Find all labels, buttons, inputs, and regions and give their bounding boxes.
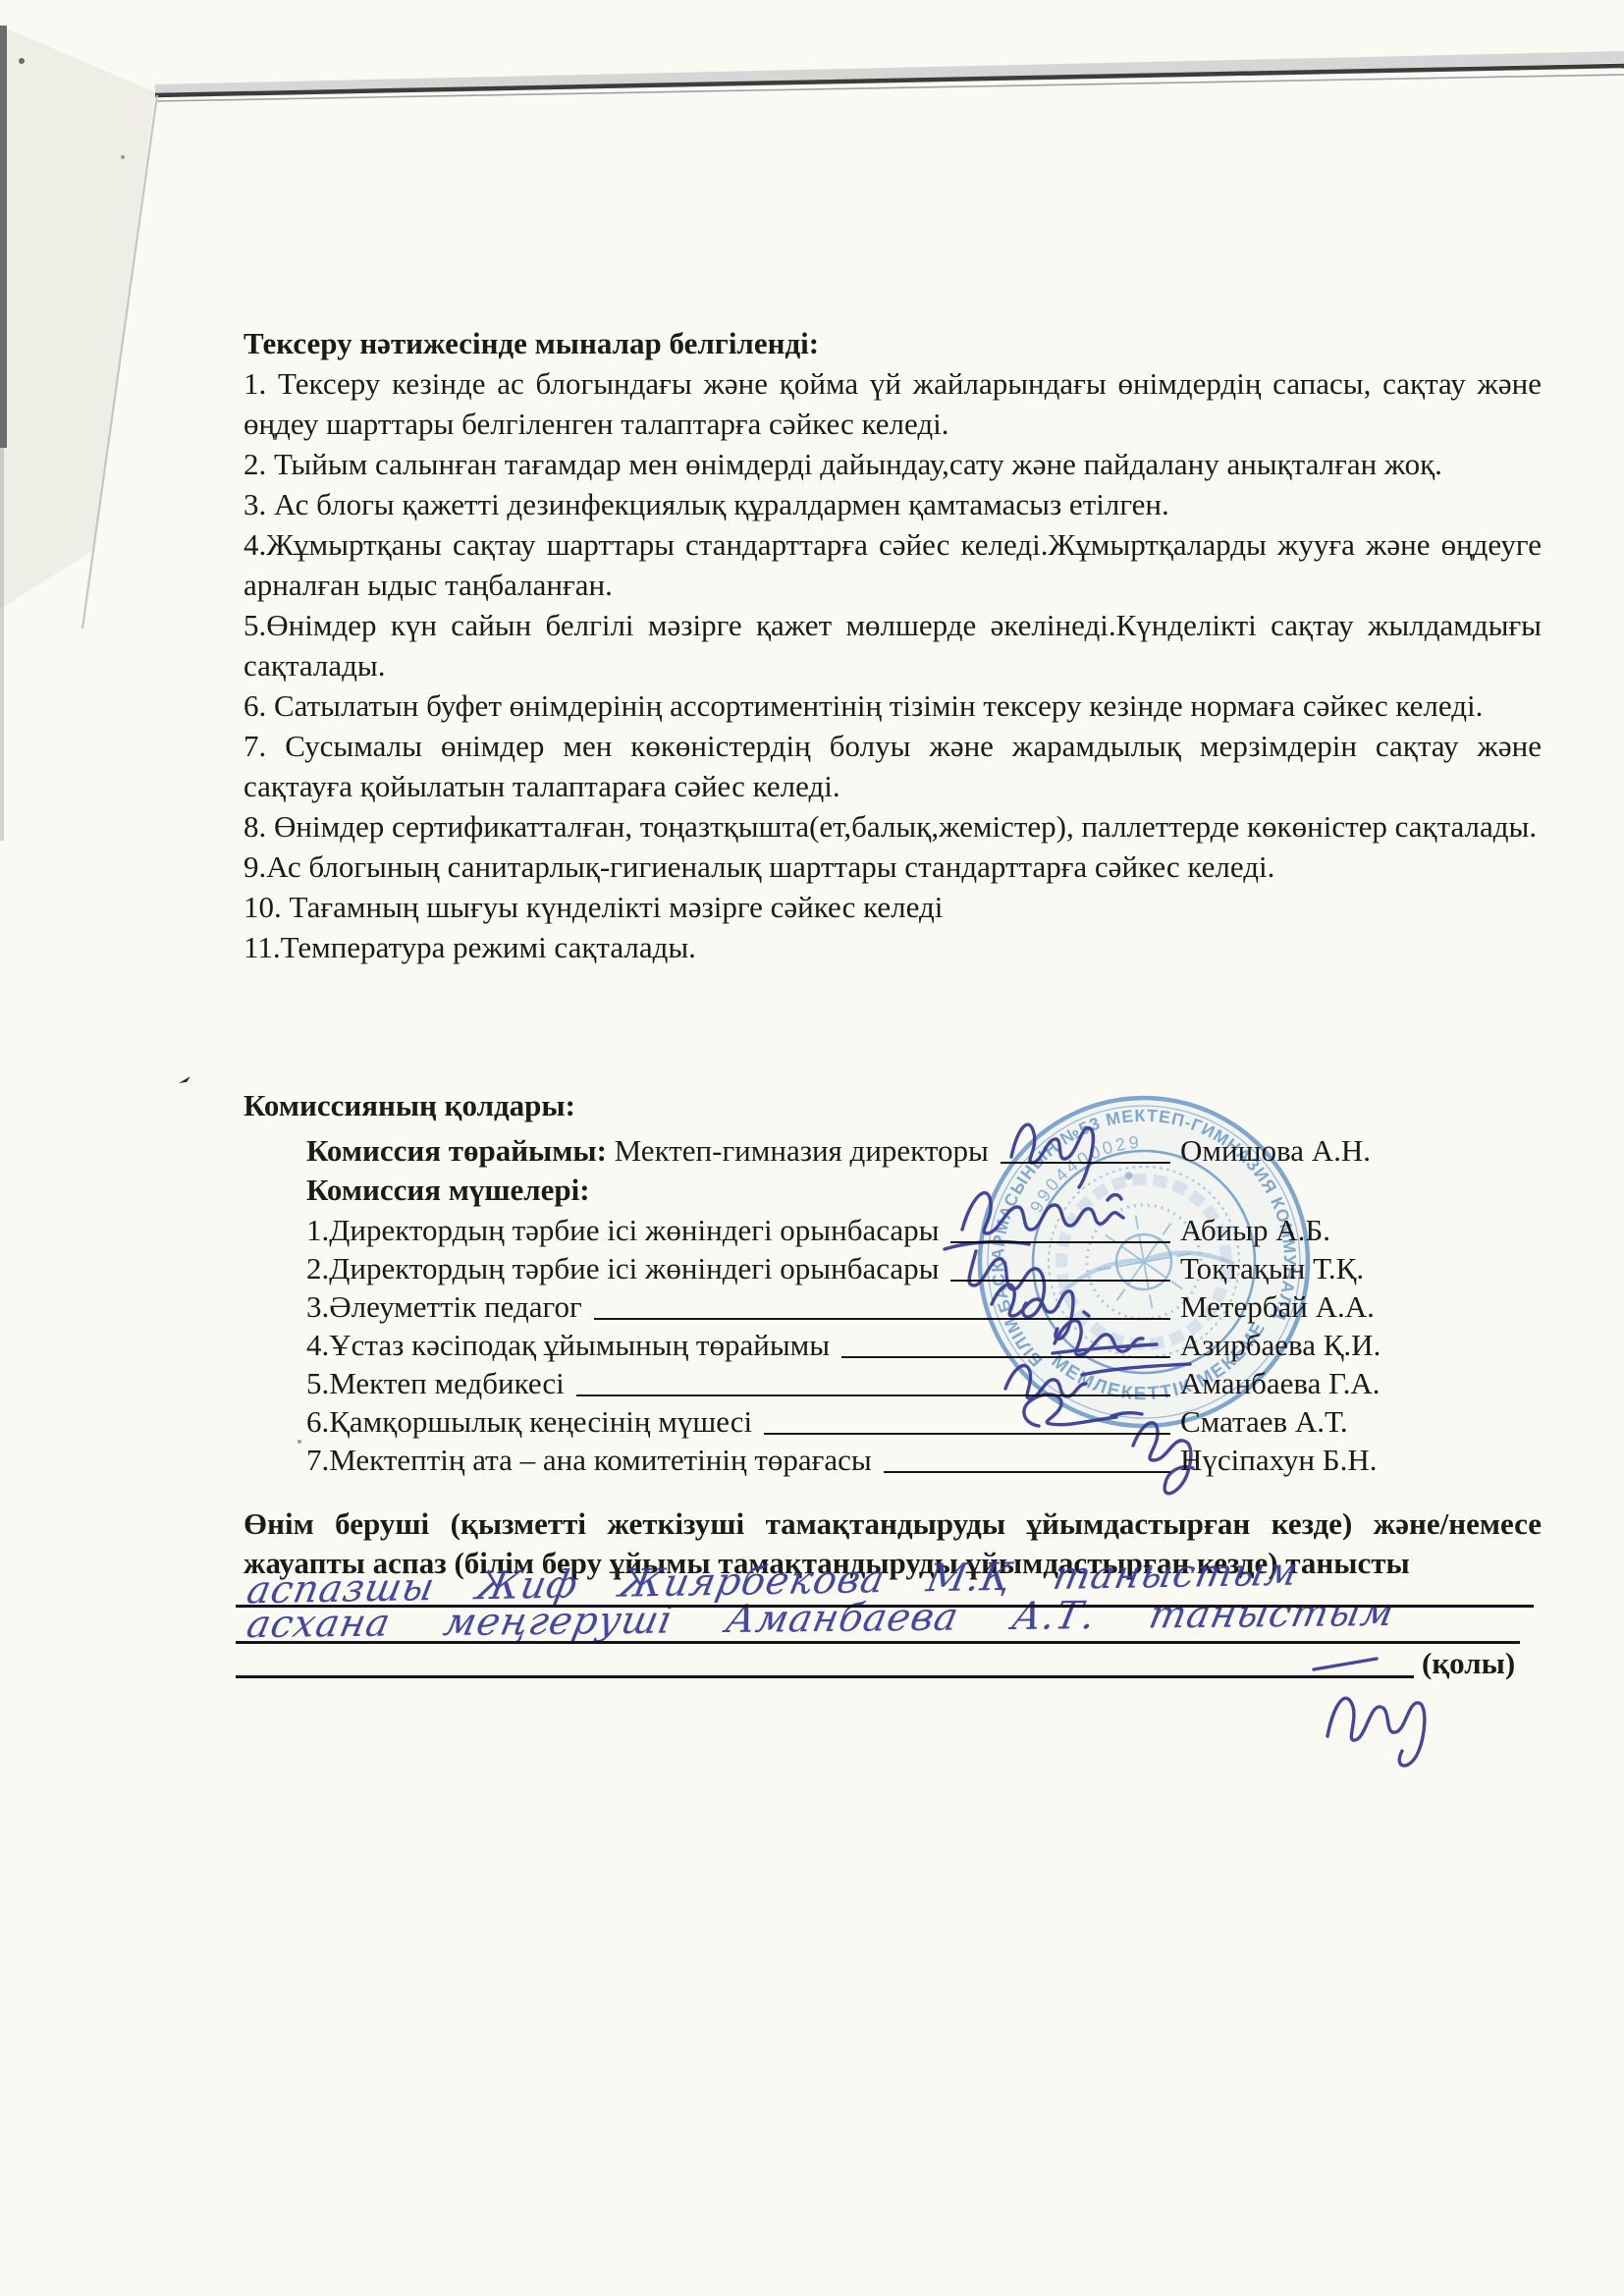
member-role: 5.Мектеп медбикесі xyxy=(306,1366,565,1401)
margin-stray-mark xyxy=(178,1074,195,1086)
signature-line xyxy=(1001,1131,1170,1164)
chair-role-text: Мектеп-гимназия директоры xyxy=(607,1133,989,1168)
paper-edge-thin-line xyxy=(157,75,1624,101)
signature-line xyxy=(594,1287,1170,1320)
finding-item-10: 10. Тағамның шығуы күнделікті мәзірге сә… xyxy=(244,887,1542,927)
member-role: 3.Әлеуметтік педагог xyxy=(306,1289,582,1325)
scan-speck xyxy=(121,155,125,159)
member-name: Нүсіпахун Б.Н. xyxy=(1180,1443,1542,1478)
finding-item-9: 9.Ас блогының санитарлық-гигиеналық шарт… xyxy=(244,847,1542,887)
margin-stray-mark xyxy=(179,1076,192,1083)
chair-name: Омишова А.Н. xyxy=(1180,1133,1542,1169)
member-row-4: 4.Ұстаз кәсіподақ ұйымының төрайымы Азир… xyxy=(244,1325,1542,1363)
member-role: 1.Директордың тәрбие ісі жөніндегі орынб… xyxy=(306,1213,939,1248)
member-row-1: 1.Директордың тәрбие ісі жөніндегі орынб… xyxy=(244,1210,1542,1248)
signature-line xyxy=(764,1402,1170,1435)
member-role: 7.Мектептің ата – ана комитетінің төраға… xyxy=(306,1443,872,1478)
document-paper: Тексеру нәтижесінде мыналар белгіленді: … xyxy=(0,0,1624,2296)
member-row-7: 7.Мектептің ата – ана комитетінің төраға… xyxy=(244,1440,1542,1478)
signature-caption: (қолы) xyxy=(1422,1646,1515,1681)
member-name: Аманбаева Г.А. xyxy=(1180,1366,1542,1401)
member-name: Сматаев А.Т. xyxy=(1180,1404,1542,1440)
finding-item-11: 11.Температура режимі сақталады. xyxy=(244,927,1542,967)
finding-item-3: 3. Ас блогы қажетті дезинфекциялық құрал… xyxy=(244,484,1542,524)
signature-line xyxy=(841,1326,1170,1358)
paper-edge-line xyxy=(155,66,1624,95)
scan-edge-strip xyxy=(0,26,7,448)
signature-line xyxy=(950,1211,1170,1243)
member-row-6: 6.Қамқоршылық кеңесінің мүшесі Сматаев А… xyxy=(244,1401,1542,1440)
finding-item-4: 4.Жұмыртқаны сақтау шарттары стандарттар… xyxy=(244,524,1542,605)
chair-role: Комиссия төрайымы: Мектеп-гимназия дирек… xyxy=(306,1133,989,1169)
commission-section: Комиссияның қолдары: Комиссия төрайымы: … xyxy=(244,1088,1542,1478)
member-role: 6.Қамқоршылық кеңесінің мүшесі xyxy=(306,1404,752,1440)
finding-item-6: 6. Сатылатын буфет өнімдерінің ассортиме… xyxy=(244,685,1542,726)
paper-edge-band xyxy=(155,57,1624,90)
scanned-document-page: { "document": { "heading": "Тексеру нәти… xyxy=(0,0,1624,2296)
member-row-2: 2.Директордың тәрбие ісі жөніндегі орынб… xyxy=(244,1248,1542,1286)
fill-in-line xyxy=(236,1675,1414,1678)
finding-item-2: 2. Тыйым салынған тағамдар мен өнімдерді… xyxy=(244,444,1542,484)
member-row-3: 3.Әлеуметтік педагог Метербай А.А. xyxy=(244,1286,1542,1325)
finding-item-7: 7. Сусымалы өнімдер мен көкөністердің бо… xyxy=(244,726,1542,806)
members-label: Комиссия мүшелері: xyxy=(244,1169,1542,1210)
signature-line xyxy=(950,1249,1170,1282)
findings-section: Тексеру нәтижесінде мыналар белгіленді: … xyxy=(244,323,1542,967)
member-name: Метербай А.А. xyxy=(1180,1289,1542,1325)
signature-line xyxy=(576,1364,1170,1396)
commission-chair-row: Комиссия төрайымы: Мектеп-гимназия дирек… xyxy=(244,1127,1542,1169)
finding-item-8: 8. Өнімдер сертификатталған, тоңазтқышта… xyxy=(244,806,1542,847)
chair-label: Комиссия төрайымы: xyxy=(306,1133,607,1168)
member-name: Абиыр А.Б. xyxy=(1180,1213,1542,1248)
finding-item-5: 5.Өнімдер күн сайын белгілі мәзірге қаже… xyxy=(244,605,1542,685)
fill-in-line xyxy=(236,1641,1520,1644)
member-row-5: 5.Мектеп медбикесі Аманбаева Г.А. xyxy=(244,1363,1542,1401)
section-heading: Тексеру нәтижесінде мыналар белгіленді: xyxy=(244,323,1542,363)
scan-edge-strip xyxy=(0,448,4,841)
fill-in-line xyxy=(236,1605,1534,1608)
commission-title: Комиссияның қолдары: xyxy=(244,1088,1542,1123)
member-role: 2.Директордың тәрбие ісі жөніндегі орынб… xyxy=(306,1251,939,1286)
member-name: Азирбаева Қ.И. xyxy=(1180,1328,1542,1363)
scan-speck xyxy=(19,58,25,64)
finding-item-1: 1. Тексеру кезінде ас блогындағы және қо… xyxy=(244,363,1542,444)
paper-fold-line xyxy=(82,95,157,629)
signature-line xyxy=(884,1441,1170,1473)
member-role: 4.Ұстаз кәсіподақ ұйымының төрайымы xyxy=(306,1328,830,1363)
member-name: Тоқтақын Т.Қ. xyxy=(1180,1251,1542,1286)
paper-fold-shade xyxy=(0,26,155,609)
